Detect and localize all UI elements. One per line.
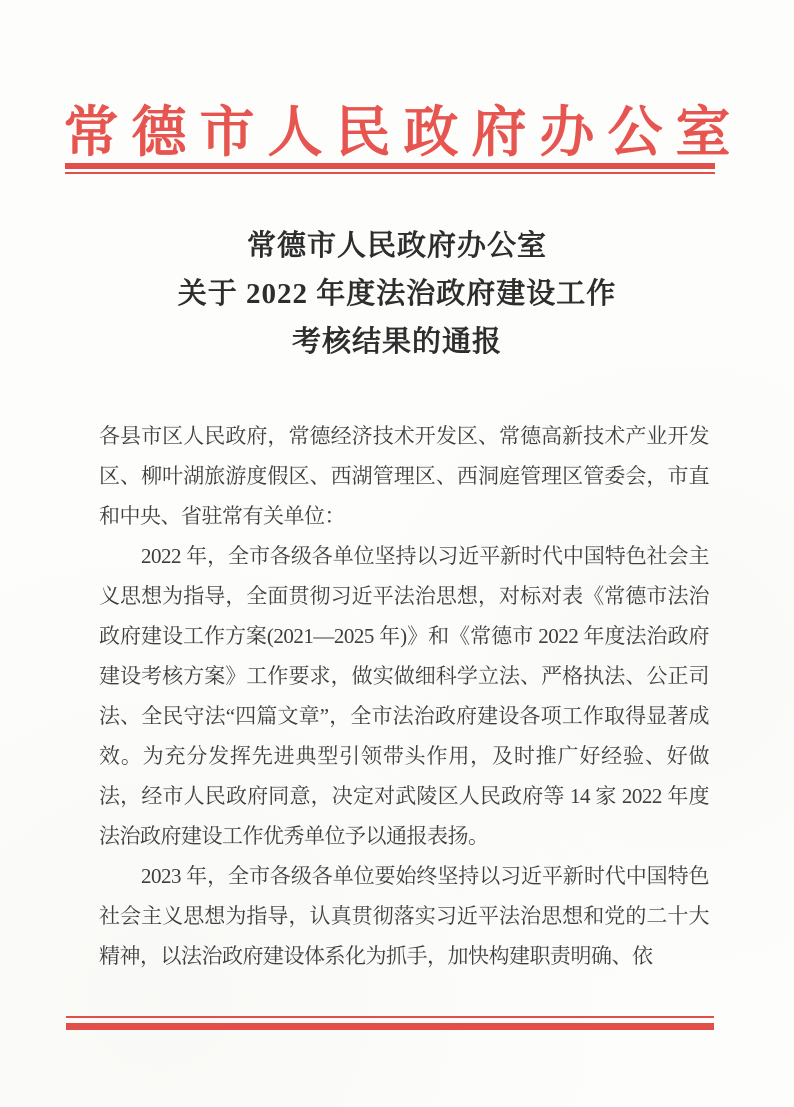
document-page: 常德市人民政府办公室 常德市人民政府办公室 关于 2022 年度法治政府建设工作… (0, 0, 794, 1107)
paragraph-2023-requirements: 2023 年，全市各级各单位要始终坚持以习近平新时代中国特色社会主义思想为指导，… (99, 856, 709, 976)
document-title-line-3: 考核结果的通报 (0, 318, 794, 366)
footer-rule-thin (66, 1016, 714, 1018)
header-rule-thick (65, 163, 715, 169)
paragraph-2022-summary: 2022 年，全市各级各单位坚持以习近平新时代中国特色社会主义思想为指导，全面贯… (99, 536, 709, 856)
salutation-paragraph: 各县市区人民政府，常德经济技术开发区、常德高新技术产业开发区、柳叶湖旅游度假区、… (99, 416, 709, 536)
document-title-line-1: 常德市人民政府办公室 (0, 222, 794, 270)
document-title: 常德市人民政府办公室 关于 2022 年度法治政府建设工作 考核结果的通报 (0, 222, 794, 366)
header-rule-thin (65, 172, 715, 174)
footer-rule-thick (66, 1023, 714, 1030)
letterhead-agency-name: 常德市人民政府办公室 (0, 88, 794, 167)
document-body: 各县市区人民政府，常德经济技术开发区、常德高新技术产业开发区、柳叶湖旅游度假区、… (99, 416, 709, 976)
document-title-line-2: 关于 2022 年度法治政府建设工作 (0, 270, 794, 318)
